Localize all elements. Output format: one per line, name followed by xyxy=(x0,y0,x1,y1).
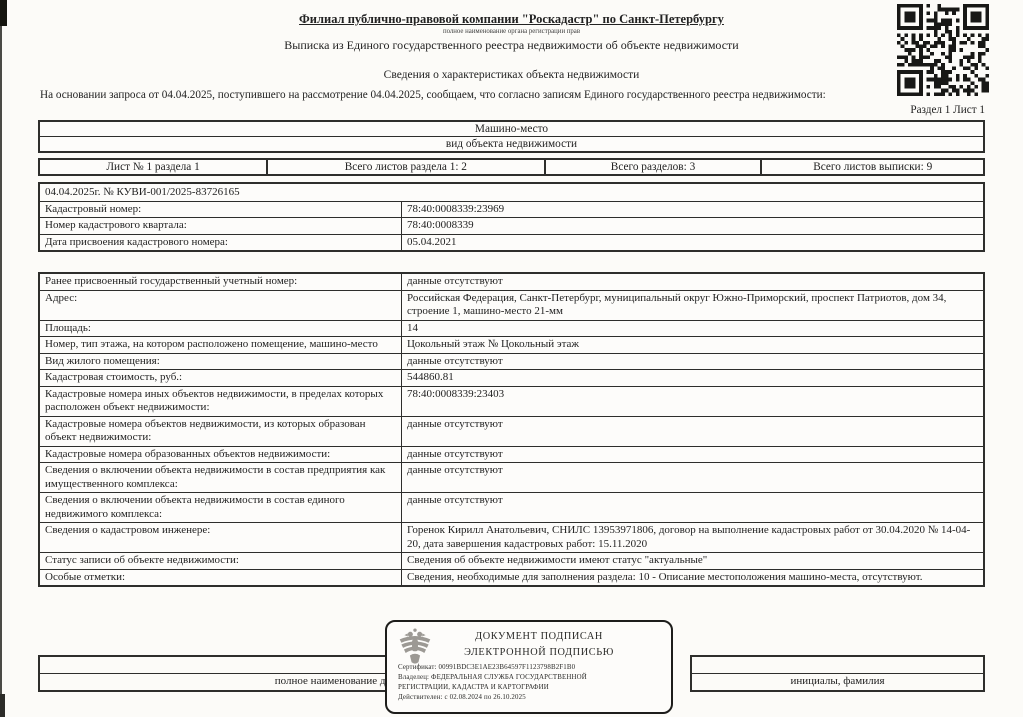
row-value: 14 xyxy=(402,321,983,337)
row-label: Кадастровые номера образованных объектов… xyxy=(40,447,402,463)
table-row: Адрес: Российская Федерация, Санкт-Петер… xyxy=(40,290,983,320)
row-label: Кадастровая стоимость, руб.: xyxy=(40,370,402,386)
qr-code xyxy=(897,4,989,96)
document-header: Филиал публично-правовой компании "Роска… xyxy=(0,0,1023,116)
object-type-table: Машино-место вид объекта недвижимости xyxy=(38,120,985,153)
row-value: данные отсутствуют xyxy=(402,447,983,463)
table-row: Ранее присвоенный государственный учетны… xyxy=(40,274,983,290)
row-label: Кадастровый номер: xyxy=(40,202,402,218)
digital-signature-stamp: ДОКУМЕНТ ПОДПИСАН ЭЛЕКТРОННОЙ ПОДПИСЬЮ С… xyxy=(385,620,673,714)
stamp-certificate: Сертификат: 00991BDC3E1AE23B64597F112379… xyxy=(398,664,663,671)
row-label: Кадастровые номера иных объектов недвижи… xyxy=(40,387,402,416)
row-value: 544860.81 xyxy=(402,370,983,386)
table-row: Кадастровый номер: 78:40:0008339:23969 xyxy=(40,201,983,218)
row-value: Сведения, необходимые для заполнения раз… xyxy=(402,570,983,586)
table-row: Сведения о кадастровом инженере: Горенок… xyxy=(40,522,983,552)
row-value: данные отсутствуют xyxy=(402,463,983,492)
signature-name-blank xyxy=(692,657,983,674)
row-value: 78:40:0008339:23969 xyxy=(402,202,983,218)
row-label: Сведения о включении объекта недвижимост… xyxy=(40,493,402,522)
cadastral-number-table: 04.04.2025г. № КУВИ-001/2025-83726165 Ка… xyxy=(38,182,985,252)
section-sheet-label: Раздел 1 Лист 1 xyxy=(0,104,985,116)
row-value: 78:40:0008339 xyxy=(402,218,983,234)
details-rows: Ранее присвоенный государственный учетны… xyxy=(40,274,983,585)
object-type-caption: вид объекта недвижимости xyxy=(40,136,983,151)
row-label: Ранее присвоенный государственный учетны… xyxy=(40,274,402,290)
row-label: Номер кадастрового квартала: xyxy=(40,218,402,234)
row-label: Дата присвоения кадастрового номера: xyxy=(40,235,402,251)
cadastral-rows: Кадастровый номер: 78:40:0008339:23969 Н… xyxy=(40,201,983,251)
org-name-text: Филиал публично-правовой компании "Роска… xyxy=(299,12,724,26)
stamp-validity: Действителен: с 02.08.2024 по 26.10.2025 xyxy=(398,694,663,701)
table-row: Статус записи об объекте недвижимости: С… xyxy=(40,552,983,569)
row-value: Горенок Кирилл Анатольевич, СНИЛС 139539… xyxy=(402,523,983,552)
row-label: Вид жилого помещения: xyxy=(40,354,402,370)
object-details-table: Ранее присвоенный государственный учетны… xyxy=(38,272,985,587)
row-label: Статус записи об объекте недвижимости: xyxy=(40,553,402,569)
row-label: Сведения о включении объекта недвижимост… xyxy=(40,463,402,492)
table-row: Площадь: 14 xyxy=(40,320,983,337)
stamp-owner-line1: Владелец: ФЕДЕРАЛЬНАЯ СЛУЖБА ГОСУДАРСТВЕ… xyxy=(398,674,663,681)
row-label: Адрес: xyxy=(40,291,402,320)
name-caption: инициалы, фамилия xyxy=(692,674,983,689)
section-title: Сведения о характеристиках объекта недви… xyxy=(0,69,1023,81)
table-row: Номер кадастрового квартала: 78:40:00083… xyxy=(40,217,983,234)
table-row: Номер, тип этажа, на котором расположено… xyxy=(40,336,983,353)
row-value: данные отсутствуют xyxy=(402,354,983,370)
row-value: Цокольный этаж № Цокольный этаж xyxy=(402,337,983,353)
table-row: Кадастровые номера объектов недвижимости… xyxy=(40,416,983,446)
table-row: Кадастровая стоимость, руб.: 544860.81 xyxy=(40,369,983,386)
document-title: Выписка из Единого государственного реес… xyxy=(0,38,1023,53)
sheet-info-cell: Всего листов раздела 1: 2 xyxy=(268,158,545,176)
stamp-owner-line2: РЕГИСТРАЦИИ, КАДАСТРА И КАРТОГРАФИИ xyxy=(398,684,663,691)
org-caption: полное наименование органа регистрации п… xyxy=(0,28,1023,35)
table-row: Сведения о включении объекта недвижимост… xyxy=(40,462,983,492)
coat-of-arms-icon xyxy=(398,627,432,667)
document-page: Филиал публично-правовой компании "Роска… xyxy=(0,0,1023,717)
table-row: Кадастровые номера образованных объектов… xyxy=(40,446,983,463)
row-value: данные отсутствуют xyxy=(402,274,983,290)
row-label: Номер, тип этажа, на котором расположено… xyxy=(40,337,402,353)
sheet-info-cell: Лист № 1 раздела 1 xyxy=(38,158,268,176)
row-value: данные отсутствуют xyxy=(402,493,983,522)
stamp-title-line1: ДОКУМЕНТ ПОДПИСАН xyxy=(439,631,639,642)
row-value: 05.04.2021 xyxy=(402,235,983,251)
row-value: Российская Федерация, Санкт-Петербург, м… xyxy=(402,291,983,320)
scan-edge-line xyxy=(0,0,2,717)
scan-notch-bottom xyxy=(0,694,5,717)
sheet-info-cell: Всего разделов: 3 xyxy=(546,158,763,176)
stamp-title-line2: ЭЛЕКТРОННОЙ ПОДПИСЬЮ xyxy=(439,647,639,658)
row-label: Сведения о кадастровом инженере: xyxy=(40,523,402,552)
table-row: Сведения о включении объекта недвижимост… xyxy=(40,492,983,522)
org-name: Филиал публично-правовой компании "Роска… xyxy=(0,12,1023,27)
row-value: Сведения об объекте недвижимости имеют с… xyxy=(402,553,983,569)
row-value: данные отсутствуют xyxy=(402,417,983,446)
request-line: На основании запроса от 04.04.2025, пост… xyxy=(40,89,963,101)
table-row: Вид жилого помещения: данные отсутствуют xyxy=(40,353,983,370)
table-row: Кадастровые номера иных объектов недвижи… xyxy=(40,386,983,416)
object-type-value: Машино-место xyxy=(40,122,983,136)
scan-notch-top xyxy=(0,0,7,26)
sheet-info-cell: Всего листов выписки: 9 xyxy=(762,158,985,176)
request-number: 04.04.2025г. № КУВИ-001/2025-83726165 xyxy=(40,184,983,201)
row-value: 78:40:0008339:23403 xyxy=(402,387,983,416)
sheet-info-row: Лист № 1 раздела 1 Всего листов раздела … xyxy=(38,158,985,176)
row-label: Особые отметки: xyxy=(40,570,402,586)
signature-name-box: инициалы, фамилия xyxy=(690,655,985,692)
row-label: Кадастровые номера объектов недвижимости… xyxy=(40,417,402,446)
table-row: Дата присвоения кадастрового номера: 05.… xyxy=(40,234,983,251)
table-row: Особые отметки: Сведения, необходимые дл… xyxy=(40,569,983,586)
row-label: Площадь: xyxy=(40,321,402,337)
